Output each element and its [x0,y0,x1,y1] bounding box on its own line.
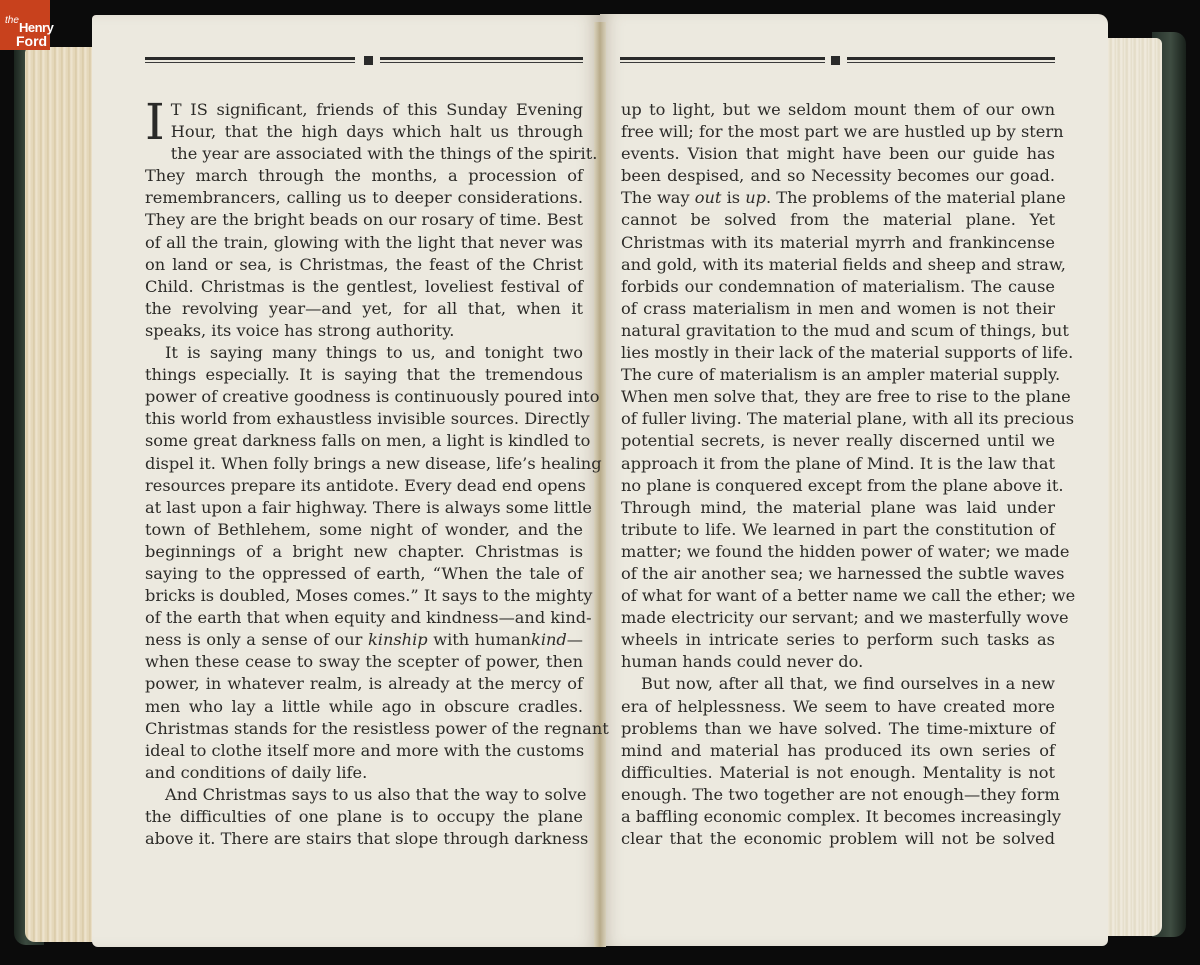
italic-out: out [695,188,722,207]
text-line: And Christmas says to us also that the w… [145,784,583,806]
text-line: dispel it. When folly brings a new disea… [145,453,583,475]
text-line: problems than we have solved. The time-m… [621,718,1055,740]
text-line: They march through the months, a process… [145,165,583,187]
text-line: town of Bethlehem, some night of wonder,… [145,519,583,541]
text-line: Christmas with its material myrrh and fr… [621,232,1055,254]
text-line: of the air another sea; we harnessed the… [621,563,1055,585]
text-line: cannot be solved from the material plane… [621,209,1055,231]
text-line: resources prepare its antidote. Every de… [145,475,583,497]
text-line: of the earth that when equity and kindne… [145,607,583,629]
text-line: human hands could never do. [621,651,1055,673]
text-line: era of helplessness. We seem to have cre… [621,696,1055,718]
text-line: natural gravitation to the mud and scum … [621,320,1055,342]
text-line: the year are associated with the things … [145,143,583,165]
text-line: the difficulties of one plane is to occu… [145,806,583,828]
text-fragment: . The problems of the material plane [766,188,1066,207]
text-line: a baffling economic complex. It becomes … [621,806,1055,828]
text-line: bricks is doubled, Moses comes.” It says… [145,585,583,607]
text-line: events. Vision that might have been our … [621,143,1055,165]
text-line: When men solve that, they are free to ri… [621,386,1055,408]
page-edges-left [25,47,97,942]
text-line: saying to the oppressed of earth, “When … [145,563,583,585]
text-line: men who lay a little while ago in obscur… [145,696,583,718]
left-page-text: I T IS significant, friends of this Sund… [145,99,583,850]
text-line: They are the bright beads on our rosary … [145,209,583,231]
drop-cap: I [145,101,165,145]
text-line: Child. Christmas is the gentlest, loveli… [145,276,583,298]
text-line: this world from exhaustless invisible so… [145,408,583,430]
page-edges-right [1100,38,1162,936]
text-line: The cure of materialism is an ampler mat… [621,364,1055,386]
text-line: forbids our condemnation of materialism.… [621,276,1055,298]
text-line: enough. The two together are not enough—… [621,784,1055,806]
text-line: on land or sea, is Christmas, the feast … [145,254,583,276]
text-line: and gold, with its material fields and s… [621,254,1055,276]
text-line: wheels in intricate series to perform su… [621,629,1055,651]
text-line: It is saying many things to us, and toni… [145,342,583,364]
text-line: clear that the economic problem will not… [621,828,1055,850]
text-line: at last upon a fair highway. There is al… [145,497,583,519]
text-line: speaks, its voice has strong authority. [145,320,583,342]
header-ornament-left [145,54,585,68]
ornament-square [831,56,840,65]
text-line: T IS significant, friends of this Sunday… [145,99,583,121]
text-line: free will; for the most part we are hust… [621,121,1055,143]
text-line: tribute to life. We learned in part the … [621,519,1055,541]
header-ornament-right [620,54,1055,68]
text-line: ness is only a sense of our kinship with… [145,629,583,651]
text-line: power, in whatever realm, is already at … [145,673,583,695]
text-line: approach it from the plane of Mind. It i… [621,453,1055,475]
text-line: of what for want of a better name we cal… [621,585,1055,607]
text-line: ideal to clothe itself more and more wit… [145,740,583,762]
text-line: power of creative goodness is continuous… [145,386,583,408]
text-line: But now, after all that, we find ourselv… [621,673,1055,695]
text-line: when these cease to sway the scepter of … [145,651,583,673]
text-line: made electricity our servant; and we mas… [621,607,1055,629]
logo-the: the [5,15,19,26]
text-line: been despised, and so Necessity becomes … [621,165,1055,187]
text-fragment: is [721,188,745,207]
text-line: up to light, but we seldom mount them of… [621,99,1055,121]
text-line: lies mostly in their lack of the materia… [621,342,1055,364]
text-line: Through mind, the material plane was lai… [621,497,1055,519]
text-line: above it. There are stairs that slope th… [145,828,583,850]
text-line: remembrancers, calling us to deeper cons… [145,187,583,209]
text-line: mind and material has produced its own s… [621,740,1055,762]
text-line: difficulties. Material is not enough. Me… [621,762,1055,784]
right-page-text: up to light, but we seldom mount them of… [621,99,1055,850]
text-fragment: The way [621,188,695,207]
text-line: beginnings of a bright new chapter. Chri… [145,541,583,563]
text-line: of crass materialism in men and women is… [621,298,1055,320]
text-line: and conditions of daily life. [145,762,583,784]
text-line: Hour, that the high days which halt us t… [145,121,583,143]
text-line: matter; we found the hidden power of wat… [621,541,1055,563]
italic-up: up [745,188,766,207]
text-line: some great darkness falls on men, a ligh… [145,430,583,452]
ornament-square [364,56,373,65]
text-line: no plane is conquered except from the pl… [621,475,1055,497]
text-line: the revolving year—and yet, for all that… [145,298,583,320]
text-line: of fuller living. The material plane, wi… [621,408,1055,430]
text-line: Christmas stands for the resistless powe… [145,718,583,740]
text-line: potential secrets, is never really disce… [621,430,1055,452]
logo-ford: Ford [16,33,47,49]
text-line: of all the train, glowing with the light… [145,232,583,254]
watermark-logo: the Henry Ford [0,0,50,50]
text-line: things especially. It is saying that the… [145,364,583,386]
text-line: The way out is up. The problems of the m… [621,187,1055,209]
